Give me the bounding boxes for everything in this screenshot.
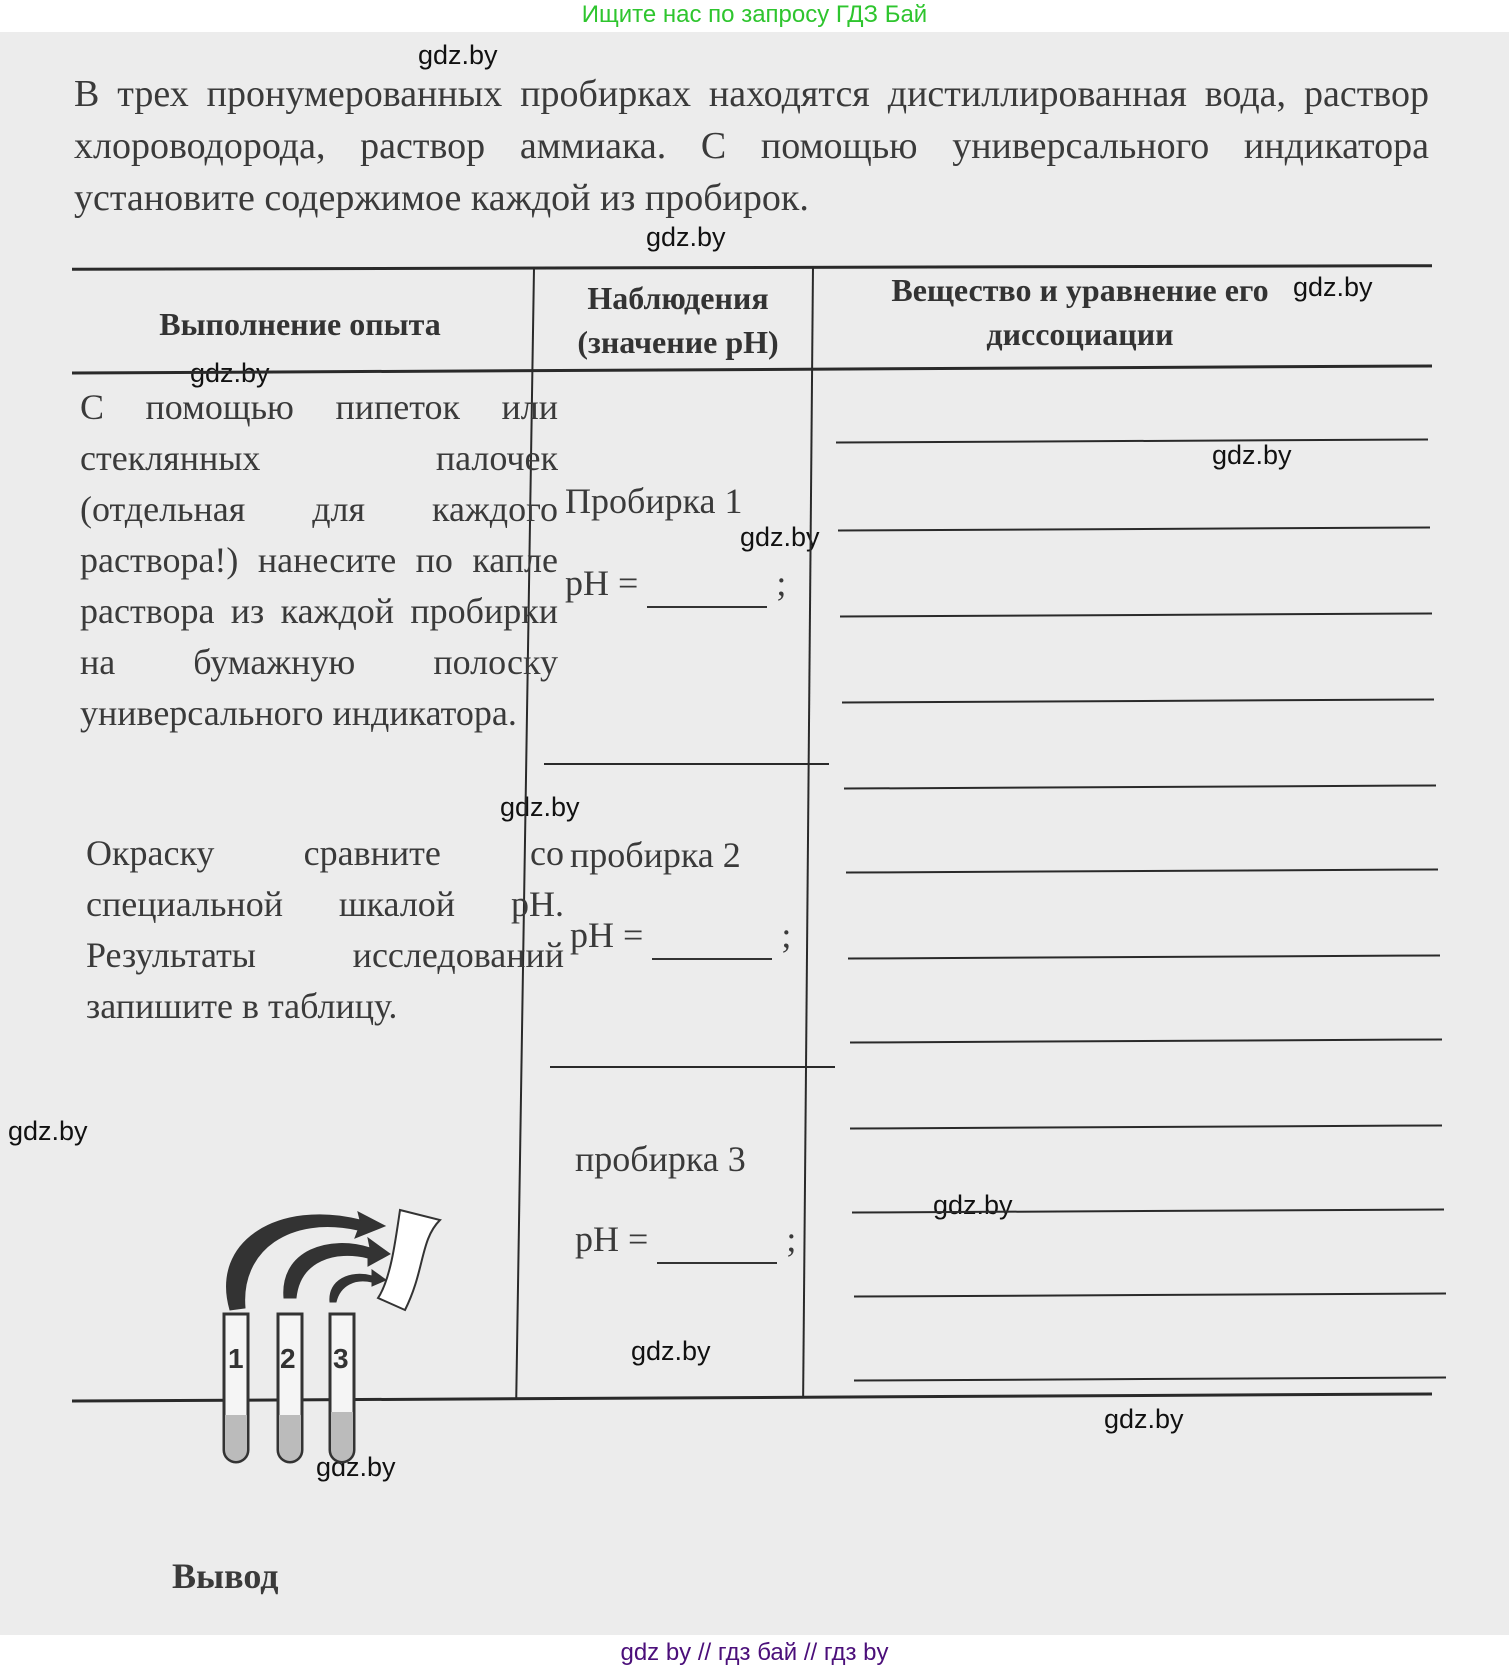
header-procedure: Выполнение опыта — [90, 302, 510, 346]
ph-label: pH = — [570, 915, 643, 955]
tube-number: 1 — [228, 1343, 244, 1374]
tube-3-label: пробирка 3 — [575, 1134, 746, 1184]
procedure-step-2: Окраску сравните со специальной шкалой p… — [86, 828, 564, 1032]
separator: ; — [786, 1219, 796, 1259]
watermark: gdz.by — [1293, 272, 1373, 303]
tube-1-ph-row: pH = ; — [565, 558, 786, 608]
conclusion-label: Вывод — [172, 1555, 279, 1597]
arrow-icon — [227, 1212, 390, 1310]
tube-2-ph-row: pH = ; — [570, 910, 791, 960]
indicator-strip-icon — [378, 1210, 440, 1310]
tube-number: 2 — [280, 1343, 296, 1374]
ph-input-tube-3[interactable] — [657, 1232, 777, 1264]
watermark: gdz.by — [646, 222, 726, 253]
watermark: gdz.by — [8, 1116, 88, 1147]
row-divider-2 — [550, 1066, 835, 1068]
procedure-step-1: С помощью пипеток или стеклянных палочек… — [80, 382, 558, 739]
header-substance: Вещество и уравнение его диссоциации — [880, 268, 1280, 356]
ph-label: pH = — [565, 563, 638, 603]
separator: ; — [781, 915, 791, 955]
test-tubes-figure: 1 2 3 — [200, 1180, 520, 1470]
row-divider-1 — [544, 763, 829, 765]
tube-1-label: Пробирка 1 — [565, 476, 743, 526]
watermark: gdz.by — [631, 1336, 711, 1367]
watermark: gdz.by — [1212, 440, 1292, 471]
bottom-banner[interactable]: gdz by // гдз бай // гдз by — [0, 1635, 1509, 1673]
watermark: gdz.by — [740, 522, 820, 553]
ph-input-tube-2[interactable] — [652, 928, 772, 960]
tube-3-ph-row: pH = ; — [575, 1214, 796, 1264]
liquid-icon — [225, 1412, 353, 1461]
tube-2-label: пробирка 2 — [570, 830, 741, 880]
top-banner[interactable]: Ищите нас по запросу ГДЗ Бай — [0, 0, 1509, 32]
header-observations: Наблюдения (значение pH) — [548, 276, 808, 364]
separator: ; — [776, 563, 786, 603]
task-text: В трех пронумерованных пробирках находят… — [74, 68, 1429, 224]
watermark: gdz.by — [1104, 1404, 1184, 1435]
watermark: gdz.by — [933, 1190, 1013, 1221]
ph-input-tube-1[interactable] — [647, 576, 767, 608]
tube-number: 3 — [333, 1343, 349, 1374]
ph-label: pH = — [575, 1219, 648, 1259]
watermark: gdz.by — [500, 792, 580, 823]
watermark: gdz.by — [418, 40, 498, 71]
